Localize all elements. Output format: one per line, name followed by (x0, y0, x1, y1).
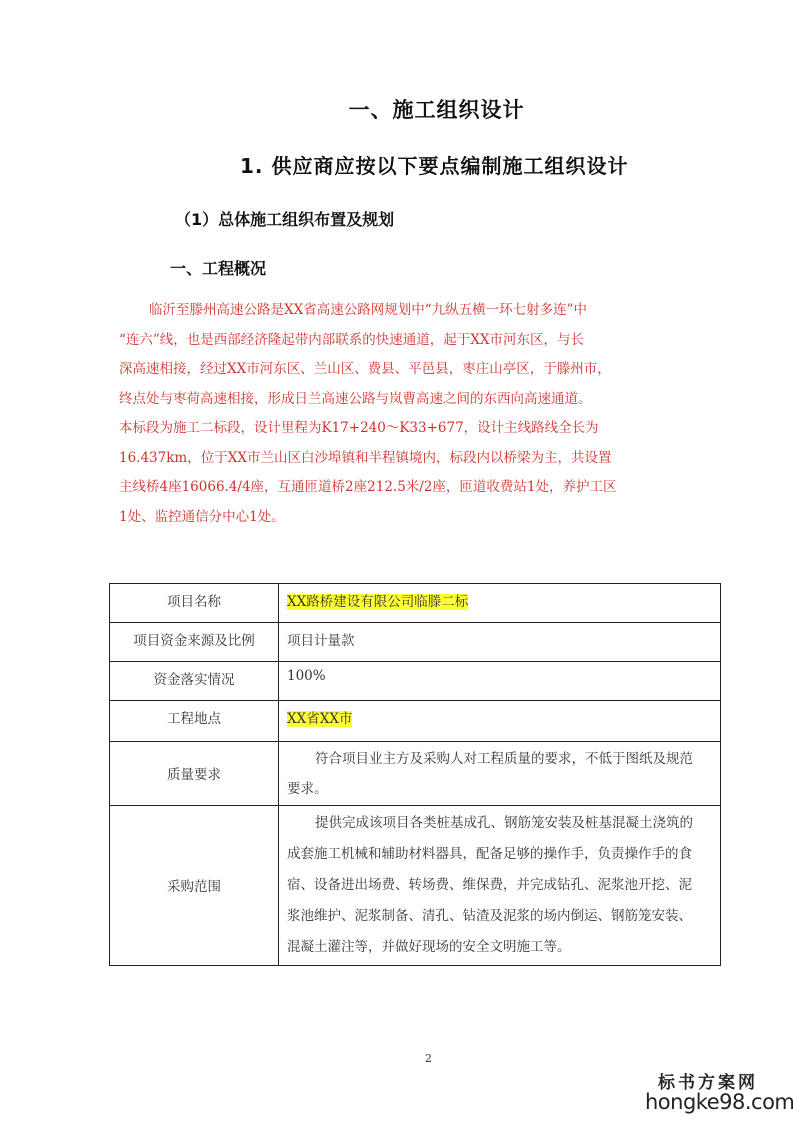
overview-line: 1处、监控通信分中心1处。 (119, 503, 693, 533)
overview-heading: 一、工程概况 (170, 256, 266, 279)
table-row: 工程地点 XX省XX市 (110, 701, 721, 742)
value-line: 浆池维护、泥浆制备、清孔、钻渣及泥浆的场内倒运、钢筋笼安装、 (287, 901, 716, 932)
overview-line: 深高速相接，经过XX市河东区、兰山区、费县、平邑县，枣庄山亭区，于滕州市， (119, 355, 693, 385)
project-info-table: 项目名称 XX路桥建设有限公司临滕二标 项目资金来源及比例 项目计量款 资金落实… (109, 583, 721, 966)
value-line: 混凝土灌注等，并做好现场的安全文明施工等。 (287, 932, 716, 963)
table-row: 质量要求 符合项目业主方及采购人对工程质量的要求，不低于图纸及规范 要求。 (110, 742, 721, 806)
row-value: XX省XX市 (279, 701, 721, 742)
row-value: XX路桥建设有限公司临滕二标 (279, 584, 721, 623)
section-title: 一、施工组织设计 (0, 94, 793, 124)
row-value: 项目计量款 (279, 623, 721, 662)
page-number: 2 (425, 1052, 432, 1065)
project-name-value: XX路桥建设有限公司临滕二标 (287, 594, 468, 610)
value-line: 符合项目业主方及采购人对工程质量的要求，不低于图纸及规范 (287, 744, 716, 774)
overview-line: 本标段为施工二标段，设计里程为K17+240～K33+677，设计主线路线全长为 (119, 414, 693, 444)
value-line: 宿、设备进出场费、转场费、维保费，并完成钻孔、泥浆池开挖、泥 (287, 870, 716, 901)
row-value: 符合项目业主方及采购人对工程质量的要求，不低于图纸及规范 要求。 (279, 742, 721, 806)
overview-line: 终点处与枣荷高速相接，形成日兰高速公路与岚曹高速之间的东西向高速通道。 (119, 385, 693, 415)
overview-paragraph: 临沂至滕州高速公路是XX省高速公路网规划中“九纵五横一环七射多连”中 “连六”线… (133, 296, 693, 532)
table-row: 采购范围 提供完成该项目各类桩基成孔、钢筋笼安装及桩基混凝土浇筑的 成套施工机械… (110, 806, 721, 966)
row-label: 质量要求 (110, 742, 279, 806)
location-value: XX省XX市 (287, 711, 352, 727)
overview-line: 临沂至滕州高速公路是XX省高速公路网规划中“九纵五横一环七射多连”中 (133, 296, 693, 326)
table-row: 资金落实情况 100% (110, 662, 721, 701)
row-value: 提供完成该项目各类桩基成孔、钢筋笼安装及桩基混凝土浇筑的 成套施工机械和辅助材料… (279, 806, 721, 966)
row-value: 100% (279, 662, 721, 701)
subsection-title: 1. 供应商应按以下要点编制施工组织设计 (240, 150, 628, 179)
overview-line: 主线桥4座16066.4/4座，互通匝道桥2座212.5米/2座，匝道收费站1处… (119, 473, 693, 503)
row-label: 工程地点 (110, 701, 279, 742)
value-line: 要求。 (287, 774, 716, 804)
value-line: 成套施工机械和辅助材料器具，配备足够的操作手，负责操作手的食 (287, 839, 716, 870)
table-row: 项目名称 XX路桥建设有限公司临滕二标 (110, 584, 721, 623)
row-label: 项目名称 (110, 584, 279, 623)
sub-subsection-title: （1）总体施工组织布置及规划 (175, 207, 394, 230)
row-label: 资金落实情况 (110, 662, 279, 701)
overview-line: “连六”线，也是西部经济隆起带内部联系的快速通道，起于XX市河东区，与长 (119, 326, 693, 356)
watermark-url: hongke98.com (645, 1090, 793, 1114)
table-row: 项目资金来源及比例 项目计量款 (110, 623, 721, 662)
row-label: 采购范围 (110, 806, 279, 966)
row-label: 项目资金来源及比例 (110, 623, 279, 662)
value-line: 提供完成该项目各类桩基成孔、钢筋笼安装及桩基混凝土浇筑的 (287, 808, 716, 839)
overview-line: 16.437km，位于XX市兰山区白沙埠镇和半程镇境内，标段内以桥梁为主，共设置 (119, 444, 693, 474)
